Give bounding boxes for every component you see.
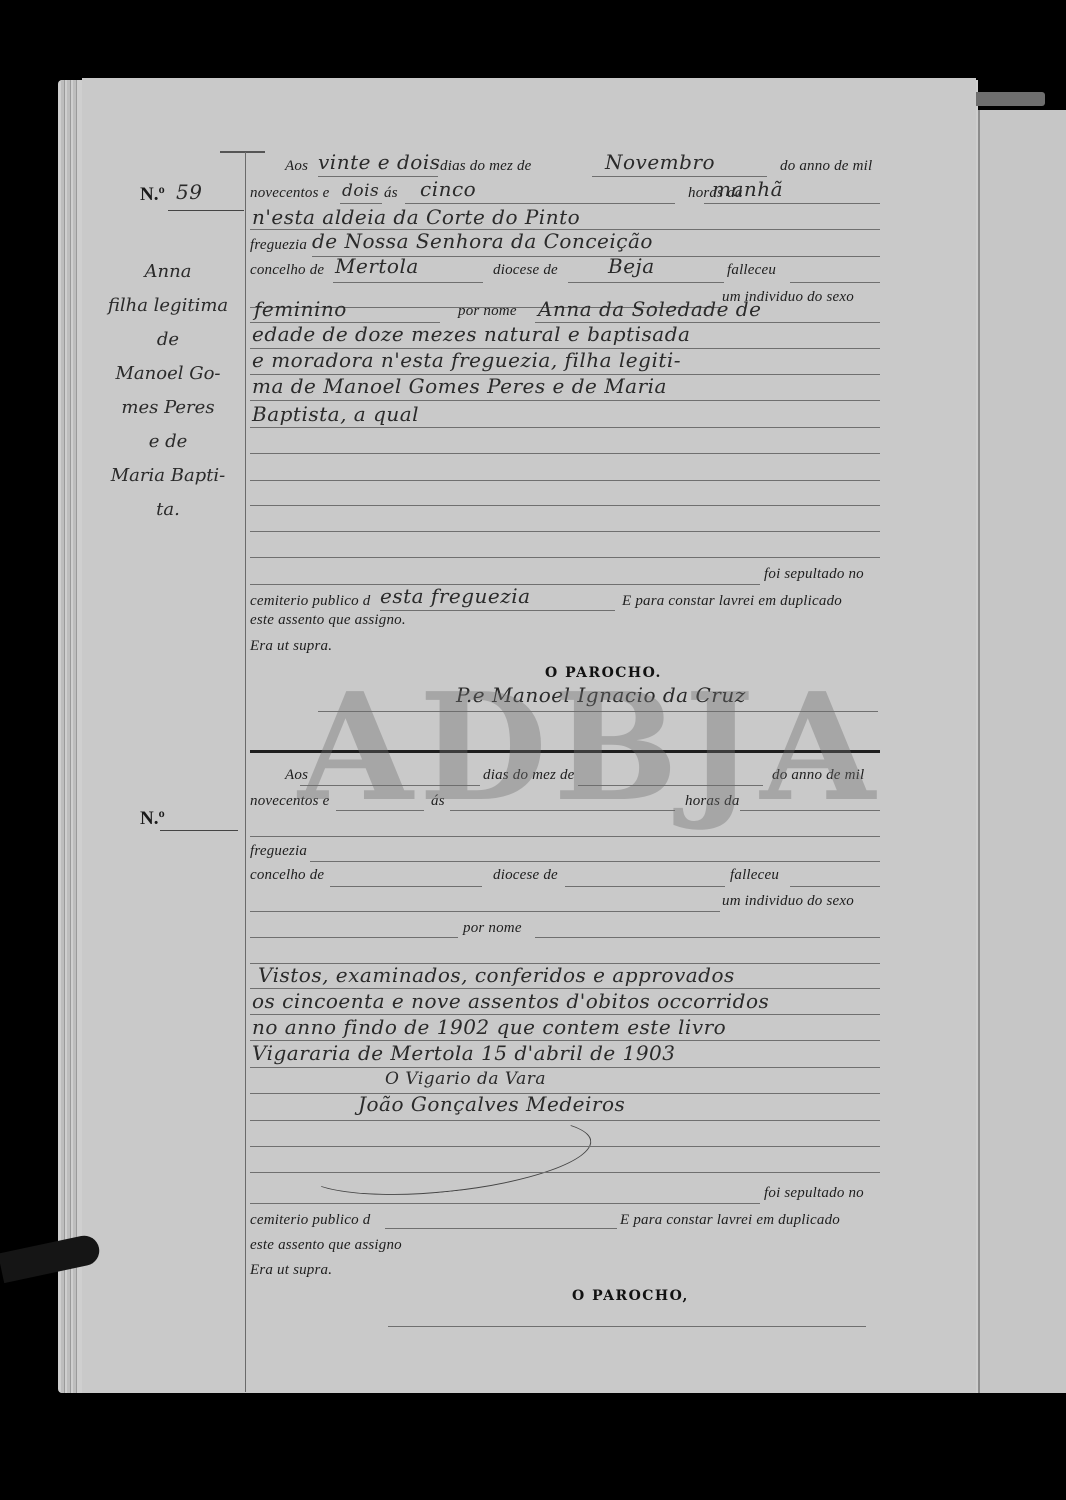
- field-line: [300, 785, 480, 786]
- field-cemetery: esta freguezia: [380, 584, 531, 608]
- field-line: [250, 531, 880, 532]
- field-line: [250, 505, 880, 506]
- parocho-title: O PAROCHO,: [572, 1288, 689, 1304]
- field-sex: feminino: [254, 297, 347, 321]
- label-por-nome: por nome: [458, 303, 517, 320]
- field-line: [790, 282, 880, 283]
- field-line: [250, 1203, 760, 1204]
- closing-note-line: Vistos, examinados, conferidos e approva…: [258, 963, 735, 987]
- closing-note-line: no anno findo de 1902 que contem este li…: [252, 1015, 726, 1039]
- closing-note-title: O Vigario da Vara: [385, 1069, 546, 1089]
- label-novecentos: novecentos e: [250, 185, 329, 202]
- field-line: [385, 1228, 617, 1229]
- body-line: Baptista, a qual: [252, 402, 419, 426]
- label-era-ut-supra: Era ut supra.: [250, 1262, 332, 1279]
- margin-note-line: ta.: [78, 493, 258, 527]
- label-este-assento: este assento que assigno: [250, 1237, 402, 1254]
- label-horas-da: horas da: [685, 793, 740, 810]
- field-line: [330, 886, 482, 887]
- field-line: [450, 810, 675, 811]
- entry-separator: [250, 750, 880, 753]
- field-month: Novembro: [605, 150, 715, 174]
- field-line: [250, 1120, 880, 1121]
- label-este-assento: este assento que assigno.: [250, 612, 406, 629]
- vicar-signature: João Gonçalves Medeiros: [358, 1092, 625, 1116]
- label-falleceu: falleceu: [730, 867, 779, 884]
- field-day: vinte e dois: [318, 150, 441, 174]
- label-concelho: concelho de: [250, 262, 324, 279]
- label-aos: Aos: [285, 767, 308, 784]
- label-as: ás: [384, 185, 398, 202]
- entry-number: 59: [176, 180, 202, 204]
- parish-priest-signature: P.e Manoel Ignacio da Cruz: [456, 683, 746, 707]
- field-line: [790, 886, 880, 887]
- field-line: [333, 282, 483, 283]
- entry-number-label: N.º: [140, 808, 165, 830]
- label-freguezia: freguezia: [250, 237, 307, 254]
- label-cemiterio: cemiterio publico d: [250, 593, 370, 610]
- label-as: ás: [431, 793, 445, 810]
- field-line: [250, 557, 880, 558]
- parocho-title: O PAROCHO.: [545, 665, 662, 681]
- label-foi-sepultado: foi sepultado no: [764, 1185, 864, 1202]
- closing-note-line: Vigararia de Mertola 15 d'abril de 1903: [252, 1041, 676, 1065]
- label-diocese: diocese de: [493, 867, 558, 884]
- margin-note-line: Anna: [78, 255, 258, 289]
- margin-note-line: Maria Bapti-: [78, 459, 258, 493]
- label-do-anno: do anno de mil: [772, 767, 864, 784]
- margin-note-line: Manoel Go-: [78, 357, 258, 391]
- field-line: [704, 203, 880, 204]
- field-line: [740, 810, 880, 811]
- page-edge: [61, 80, 65, 1393]
- field-name: Anna da Soledade de: [538, 297, 761, 321]
- field-line: [250, 937, 458, 938]
- label-foi-sepultado: foi sepultado no: [764, 566, 864, 583]
- field-line: [340, 203, 382, 204]
- field-line: [405, 203, 675, 204]
- field-line: [250, 427, 880, 428]
- signature-line: [318, 711, 878, 712]
- label-sexo: um individuo do sexo: [722, 893, 854, 910]
- field-line: [250, 400, 880, 401]
- field-line: [535, 937, 880, 938]
- number-underline: [160, 830, 238, 831]
- page-edge: [73, 80, 77, 1393]
- field-line: [250, 1067, 880, 1068]
- margin-note-line: e de: [78, 425, 258, 459]
- label-concelho: concelho de: [250, 867, 324, 884]
- margin-note-line: de: [78, 323, 258, 357]
- margin-note-line: mes Peres: [78, 391, 258, 425]
- label-por-nome: por nome: [463, 920, 522, 937]
- body-line: ma de Manoel Gomes Peres e de Maria: [252, 374, 667, 398]
- field-line: [250, 1172, 880, 1173]
- label-do-anno: do anno de mil: [780, 158, 872, 175]
- label-diocese: diocese de: [493, 262, 558, 279]
- top-rule: [220, 151, 265, 153]
- field-line: [380, 610, 615, 611]
- field-parish: de Nossa Senhora da Conceição: [312, 229, 653, 253]
- field-line: [250, 1146, 880, 1147]
- field-line: [565, 886, 725, 887]
- field-line: [250, 836, 880, 837]
- closing-note-line: os cincoenta e nove assentos d'obitos oc…: [252, 989, 769, 1013]
- field-municipality: Mertola: [335, 254, 419, 278]
- body-line: edade de doze mezes natural e baptisada: [252, 322, 690, 346]
- field-line: [250, 480, 880, 481]
- field-line: [250, 453, 880, 454]
- field-line: [310, 861, 880, 862]
- body-line: e moradora n'esta freguezia, filha legit…: [252, 348, 681, 372]
- signature-line: [388, 1326, 866, 1327]
- label-aos: Aos: [285, 158, 308, 175]
- number-underline: [168, 210, 244, 211]
- page-edge: [67, 80, 71, 1393]
- field-diocese: Beja: [608, 254, 655, 278]
- field-hour: cinco: [420, 177, 476, 201]
- label-e-para-constar: E para constar lavrei em duplicado: [622, 593, 842, 610]
- label-dias-do-mez: dias do mez de: [440, 158, 532, 175]
- label-cemiterio: cemiterio publico d: [250, 1212, 370, 1229]
- field-period: manhã: [712, 177, 783, 201]
- label-freguezia: freguezia: [250, 843, 307, 860]
- label-novecentos: novecentos e: [250, 793, 329, 810]
- margin-note-line: filha legitima: [78, 289, 258, 323]
- field-line: [336, 810, 424, 811]
- field-line: [250, 911, 720, 912]
- field-year: dois: [342, 181, 379, 201]
- facing-page: [978, 110, 1066, 1393]
- margin-note: Anna filha legitima de Manoel Go- mes Pe…: [78, 255, 258, 527]
- label-falleceu: falleceu: [727, 262, 776, 279]
- label-era-ut-supra: Era ut supra.: [250, 638, 332, 655]
- field-place: n'esta aldeia da Corte do Pinto: [252, 205, 580, 229]
- label-e-para-constar: E para constar lavrei em duplicado: [620, 1212, 840, 1229]
- field-line: [568, 282, 724, 283]
- entry-number-label: N.º: [140, 184, 165, 206]
- label-dias-do-mez: dias do mez de: [483, 767, 575, 784]
- field-line: [578, 785, 763, 786]
